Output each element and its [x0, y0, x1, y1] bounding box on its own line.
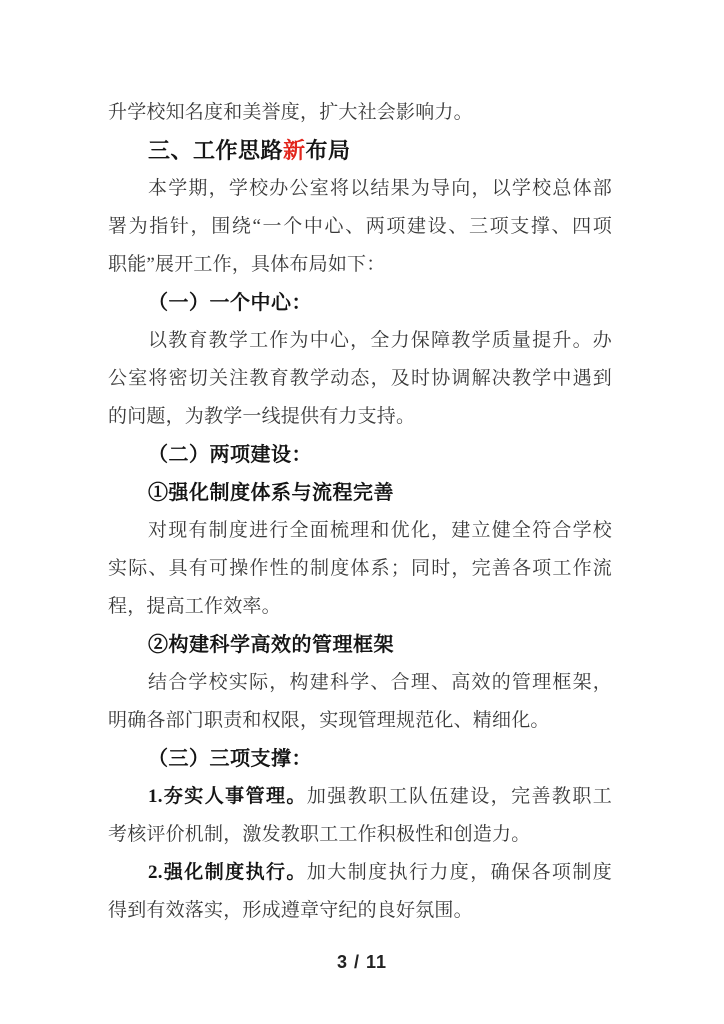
circled-item-heading: ②构建科学高效的管理框架: [108, 626, 612, 664]
text-segment: 布局: [306, 138, 351, 163]
paragraph-line: 以教育教学工作为中心，全力保障教学质量提升。办: [108, 322, 612, 360]
sub-heading: （一）一个中心：: [108, 284, 612, 322]
text-segment: 职能”展开工作，具体布局如下：: [108, 254, 385, 275]
paragraph-line: 结合学校实际，构建科学、合理、高效的管理框架，: [108, 664, 612, 702]
document-page: 升学校知名度和美誉度，扩大社会影响力。三、工作思路新布局本学期，学校办公室将以结…: [0, 0, 724, 1024]
paragraph-line: 明确各部门职责和权限，实现管理规范化、精细化。: [108, 702, 612, 740]
text-segment: 升学校知名度和美誉度，扩大社会影响力。: [108, 102, 473, 123]
text-segment: 结合学校实际，构建科学、合理、高效的管理框架，: [148, 672, 612, 693]
section-heading: 三、工作思路新布局: [108, 132, 612, 170]
text-segment: 公室将密切关注教育教学动态，及时协调解决教学中遇到: [108, 368, 612, 389]
text-segment: （三）三项支撑：: [148, 748, 312, 770]
highlighted-red-text: 新: [283, 138, 306, 163]
text-segment: 对现有制度进行全面梳理和优化，建立健全符合学校: [148, 520, 612, 541]
bold-lead-in-text: 2.强化制度执行。: [148, 862, 307, 883]
paragraph-line: 升学校知名度和美誉度，扩大社会影响力。: [108, 94, 612, 132]
page-number: 3 / 11: [0, 947, 724, 977]
paragraph-line: 的问题，为教学一线提供有力支持。: [108, 398, 612, 436]
text-segment: 程，提高工作效率。: [108, 596, 281, 617]
sub-heading: （二）两项建设：: [108, 436, 612, 474]
text-segment: 考核评价机制，激发教职工工作积极性和创造力。: [108, 824, 530, 845]
text-segment: 明确各部门职责和权限，实现管理规范化、精细化。: [108, 710, 550, 731]
paragraph-line: 署为指针，围绕“一个中心、两项建设、三项支撑、四项: [108, 208, 612, 246]
document-lines: 升学校知名度和美誉度，扩大社会影响力。三、工作思路新布局本学期，学校办公室将以结…: [108, 94, 612, 930]
paragraph-line: 职能”展开工作，具体布局如下：: [108, 246, 612, 284]
sub-heading: （三）三项支撑：: [108, 740, 612, 778]
text-segment: 本学期，学校办公室将以结果为导向，以学校总体部: [148, 178, 612, 199]
bold-lead-in-text: 1.夯实人事管理。: [148, 786, 307, 807]
text-segment: 以教育教学工作为中心，全力保障教学质量提升。办: [148, 330, 612, 351]
text-segment: （一）一个中心：: [148, 292, 312, 314]
circled-item-heading: ①强化制度体系与流程完善: [108, 474, 612, 512]
text-segment: 得到有效落实，形成遵章守纪的良好氛围。: [108, 900, 473, 921]
paragraph-line: 实际、具有可操作性的制度体系；同时，完善各项工作流: [108, 550, 612, 588]
paragraph-line: 程，提高工作效率。: [108, 588, 612, 626]
paragraph-line: 1.夯实人事管理。加强教职工队伍建设，完善教职工: [108, 778, 612, 816]
paragraph-line: 得到有效落实，形成遵章守纪的良好氛围。: [108, 892, 612, 930]
paragraph-line: 公室将密切关注教育教学动态，及时协调解决教学中遇到: [108, 360, 612, 398]
text-segment: 加大制度执行力度，确保各项制度: [307, 862, 612, 883]
paragraph-line: 考核评价机制，激发教职工工作积极性和创造力。: [108, 816, 612, 854]
paragraph-line: 2.强化制度执行。加大制度执行力度，确保各项制度: [108, 854, 612, 892]
text-segment: 的问题，为教学一线提供有力支持。: [108, 406, 415, 427]
text-segment: ①强化制度体系与流程完善: [148, 482, 394, 504]
text-segment: 署为指针，围绕“一个中心、两项建设、三项支撑、四项: [108, 216, 612, 237]
paragraph-line: 对现有制度进行全面梳理和优化，建立健全符合学校: [108, 512, 612, 550]
text-segment: （二）两项建设：: [148, 444, 312, 466]
paragraph-line: 本学期，学校办公室将以结果为导向，以学校总体部: [108, 170, 612, 208]
text-segment: 实际、具有可操作性的制度体系；同时，完善各项工作流: [108, 558, 612, 579]
text-segment: 三、工作思路: [148, 138, 283, 163]
text-segment: 加强教职工队伍建设，完善教职工: [307, 786, 612, 807]
text-segment: ②构建科学高效的管理框架: [148, 634, 394, 656]
